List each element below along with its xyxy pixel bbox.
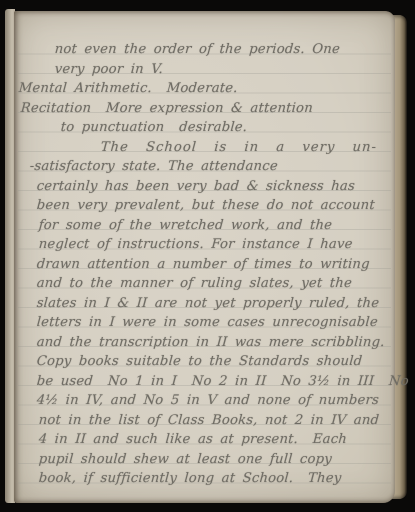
manuscript-line: certainly has been very bad & sickness h… [14,177,396,197]
manuscript-photo: not even the order of the periods. One v… [0,0,415,512]
manuscript-line: book, if sufficiently long at School. Th… [14,469,396,489]
manuscript-line: be used No 1 in I No 2 in II No 3½ in II… [14,372,396,392]
manuscript-line: very poor in V. [14,60,396,80]
manuscript-line: Recitation More expression & attention [14,99,396,119]
notebook-page: not even the order of the periods. One v… [14,11,395,503]
manuscript-line: -satisfactory state. The attendance [14,157,396,177]
manuscript-line: Copy books suitable to the Standards sho… [14,352,396,372]
manuscript-line: and the transcription in II was mere scr… [14,333,396,353]
manuscript-line: not even the order of the periods. One [14,40,396,60]
manuscript-line: for some of the wretched work, and the [14,216,396,236]
manuscript-line: to punctuation desirable. [14,118,396,138]
manuscript-line: slates in I & II are not yet properly ru… [14,294,396,314]
manuscript-line: and to the manner of ruling slates, yet … [14,274,396,294]
manuscript-line: not in the list of Class Books, not 2 in… [14,411,396,431]
manuscript-line: Mental Arithmetic. Moderate. [14,79,396,99]
manuscript-line: pupil should shew at least one full copy [14,450,396,470]
manuscript-line: been very prevalent, but these do not ac… [14,196,396,216]
manuscript-line: 4½ in IV, and No 5 in V and none of numb… [14,391,396,411]
manuscript-line: The School is in a very un- [14,138,396,158]
manuscript-line: neglect of instructions. For instance I … [14,235,396,255]
manuscript-line: drawn attention a number of times to wri… [14,255,396,275]
manuscript-line: letters in I were in some cases unrecogn… [14,313,396,333]
manuscript-line: 4 in II and such like as at present. Eac… [14,430,396,450]
handwritten-text: not even the order of the periods. One v… [14,40,395,489]
